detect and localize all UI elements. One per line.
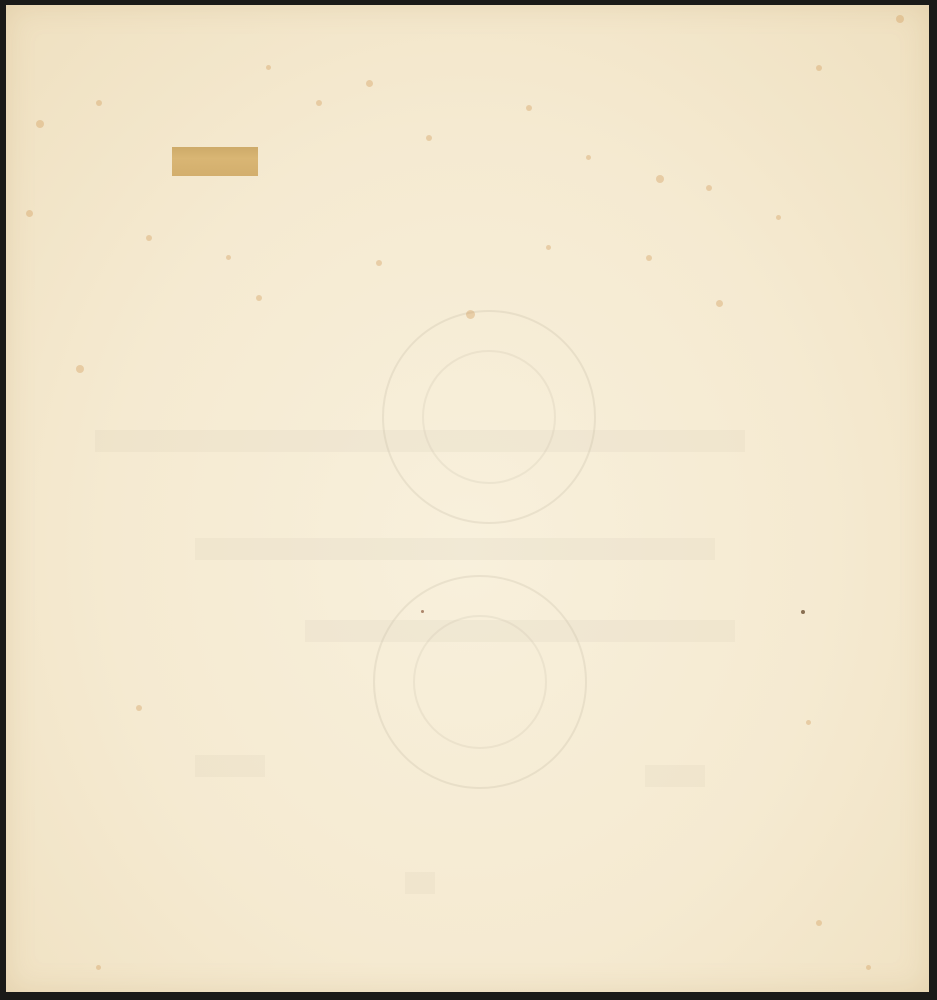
foxing-spot — [426, 135, 432, 141]
ghost-seal-upper — [382, 310, 596, 524]
foxing-spot — [466, 310, 475, 319]
foxing-spot — [646, 255, 652, 261]
foxing-spot — [801, 610, 805, 614]
tape-remnant — [172, 147, 258, 176]
foxing-spot — [146, 235, 152, 241]
foxing-spot — [36, 120, 44, 128]
foxing-spot — [96, 100, 102, 106]
foxing-spot — [776, 215, 781, 220]
foxing-spot — [316, 100, 322, 106]
foxing-spot — [136, 705, 142, 711]
foxing-spot — [866, 965, 871, 970]
ghost-text-line — [305, 620, 735, 642]
ghost-text-line — [405, 872, 435, 894]
foxing-spot — [656, 175, 664, 183]
foxing-spot — [816, 65, 822, 71]
foxing-spot — [896, 15, 904, 23]
foxing-spot — [806, 720, 811, 725]
foxing-spot — [366, 80, 373, 87]
foxing-spot — [816, 920, 822, 926]
foxing-spot — [526, 105, 532, 111]
foxing-spot — [76, 365, 84, 373]
foxing-spot — [546, 245, 551, 250]
ghost-seal-lower — [373, 575, 587, 789]
ghost-seal-upper-inner — [422, 350, 556, 484]
ghost-text-line — [95, 430, 745, 452]
foxing-spot — [26, 210, 33, 217]
paper-sheet — [6, 5, 929, 992]
foxing-spot — [586, 155, 591, 160]
ghost-text-line — [195, 538, 715, 560]
ghost-text-line — [195, 755, 265, 777]
foxing-spot — [96, 965, 101, 970]
ghost-text-line — [645, 765, 705, 787]
foxing-spot — [376, 260, 382, 266]
foxing-spot — [266, 65, 271, 70]
foxing-spot — [226, 255, 231, 260]
foxing-spot — [421, 610, 424, 613]
foxing-spot — [716, 300, 723, 307]
foxing-spot — [256, 295, 262, 301]
foxing-spot — [706, 185, 712, 191]
